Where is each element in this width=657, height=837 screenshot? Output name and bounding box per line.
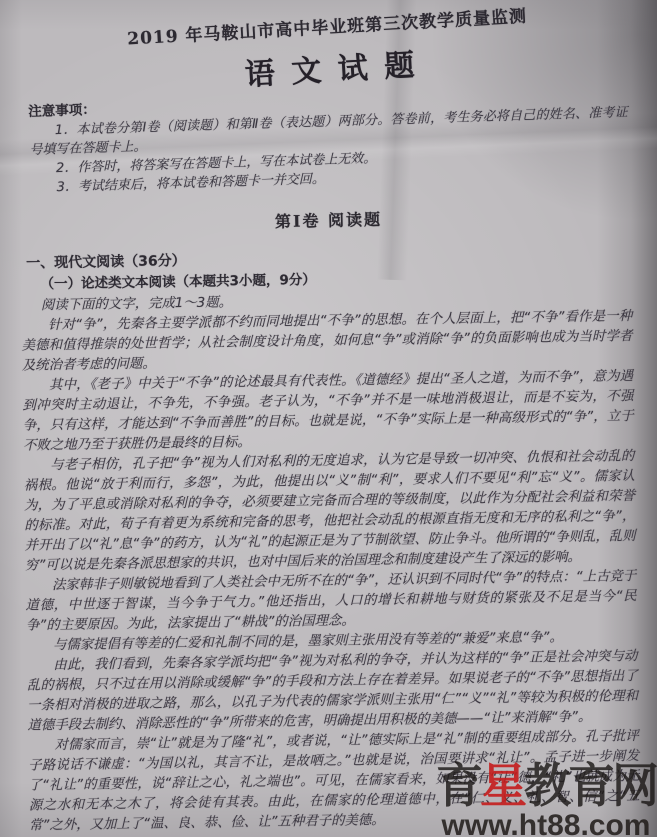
site-watermark-name: 育星教育网 <box>436 763 656 810</box>
reading-section: 一、现代文阅读（36分） （一）论述类文本阅读（本题共3小题，9分） 阅读下面的… <box>20 243 640 837</box>
watermark-char-4: 育 <box>568 759 612 814</box>
notice-block: 注意事项： 1．本试卷分第Ⅰ卷（阅读题）和第Ⅱ卷（表达题）两部分。答卷前，考生务… <box>28 84 630 198</box>
watermark-char-2-red: 星 <box>480 759 524 814</box>
exam-paper: 2019 年马鞍山市高中毕业班第三次教学质量监测 语文试题 注意事项： 1．本试… <box>0 0 657 837</box>
passage-paragraph-4: 法家韩非子则敏锐地看到了人类社会中无所不在的“争”，还认识到不同时代“争”的特点… <box>25 567 637 637</box>
passage-paragraph-6: 由此，我们看到，先秦各家学派均把“争”视为对私利的争夺，并认为这样的“争”正是社… <box>26 647 638 737</box>
reading-passage: 针对“争”，先秦各主要学派都不约而同地提出“不争”的思想。在个人层面上，把“不争… <box>21 307 640 837</box>
site-watermark: 育星教育网 www.ht88.com <box>436 763 656 837</box>
passage-paragraph-2: 其中，《老子》中关于“不争”的论述最具有代表性。《道德经》提出“圣人之道，为而不… <box>22 367 634 457</box>
site-watermark-url: www.ht88.com <box>436 811 656 837</box>
passage-paragraph-3: 与老子相仿，孔子把“争”视为人们对私利的无度追求，认为它是导致一切冲突、仇恨和社… <box>23 447 636 577</box>
watermark-char-3: 教 <box>524 759 568 814</box>
watermark-char-1: 育 <box>436 759 480 814</box>
passage-paragraph-1: 针对“争”，先秦各主要学派都不约而同地提出“不争”的思想。在个人层面上，把“不争… <box>21 307 633 377</box>
watermark-char-5: 网 <box>612 759 656 814</box>
section-title: 第Ⅰ卷 阅读题 <box>0 201 657 239</box>
